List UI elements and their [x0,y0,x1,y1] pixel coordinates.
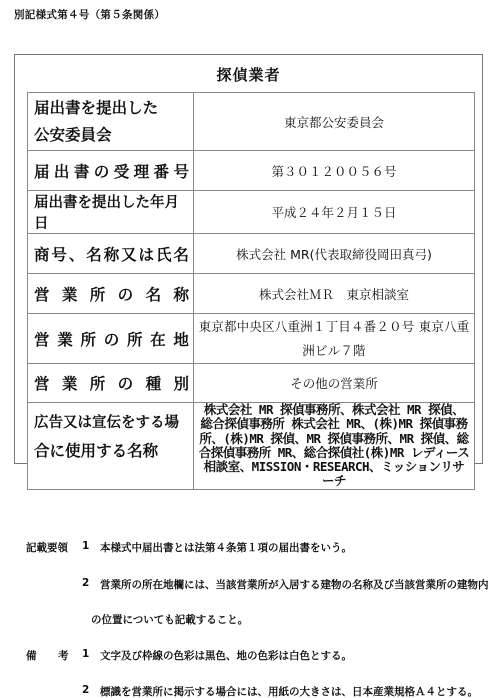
table-row: 広告又は宣伝をする場 合に使用する名称 株式会社 MR 探偵事務所、株式会社 M… [28,403,475,490]
row-label: 届出書を提出した 公安委員会 [28,93,194,151]
row-label: 広告又は宣伝をする場 合に使用する名称 [28,403,194,490]
label-line-1: 広告又は宣伝をする場 [34,409,189,437]
row-label: 営業所の所在地 [28,314,194,364]
office-type-value: その他の営業所 [194,364,475,403]
row-label: 営業所の名称 [28,274,194,314]
table-row: 営業所の名称 株式会社ＭＲ 東京相談室 [28,274,475,314]
row-label: 届出書を提出した年月日 [28,191,194,234]
remarks-heading-1: 備 [26,648,37,663]
row-label: 商号、名称又は氏名 [28,234,194,274]
receipt-number-value: 第３０１２００５６号 [194,151,475,191]
table-row: 届出書の受理番号 第３０１２００５６号 [28,151,475,191]
label-line-2: 合に使用する名称 [34,437,189,465]
sign-title: 探偵業者 [14,64,483,85]
remarks-heading-2: 考 [58,648,69,663]
instructions-heading: 記載要領 [26,540,68,555]
public-safety-commission-value: 東京都公安委員会 [194,93,475,151]
table-row: 営業所の所在地 東京都中央区八重洲１丁目４番２０号 東京八重洲ビル７階 [28,314,475,364]
office-address-value: 東京都中央区八重洲１丁目４番２０号 東京八重洲ビル７階 [194,314,475,364]
table-row: 届出書を提出した年月日 平成２４年２月１５日 [28,191,475,234]
row-label: 営業所の種別 [28,364,194,403]
sign-table: 届出書を提出した 公安委員会 東京都公安委員会 届出書の受理番号 第３０１２００… [27,92,475,490]
office-name-value: 株式会社ＭＲ 東京相談室 [194,274,475,314]
submission-date-value: 平成２４年２月１５日 [194,191,475,234]
table-row: 商号、名称又は氏名 株式会社 MR(代表取締役岡田真弓) [28,234,475,274]
table-row: 届出書を提出した 公安委員会 東京都公安委員会 [28,93,475,151]
label-line-2: 公安委員会 [34,122,189,149]
label-line-1: 届出書を提出した [34,95,189,122]
table-row: 営業所の種別 その他の営業所 [28,364,475,403]
form-reference: 別記様式第４号（第５条関係） [14,7,165,22]
row-label: 届出書の受理番号 [28,151,194,191]
advertising-names-value: 株式会社 MR 探偵事務所、株式会社 MR 探偵、総合探偵事務所 株式会社 MR… [194,403,475,490]
business-name-value: 株式会社 MR(代表取締役岡田真弓) [194,234,475,274]
